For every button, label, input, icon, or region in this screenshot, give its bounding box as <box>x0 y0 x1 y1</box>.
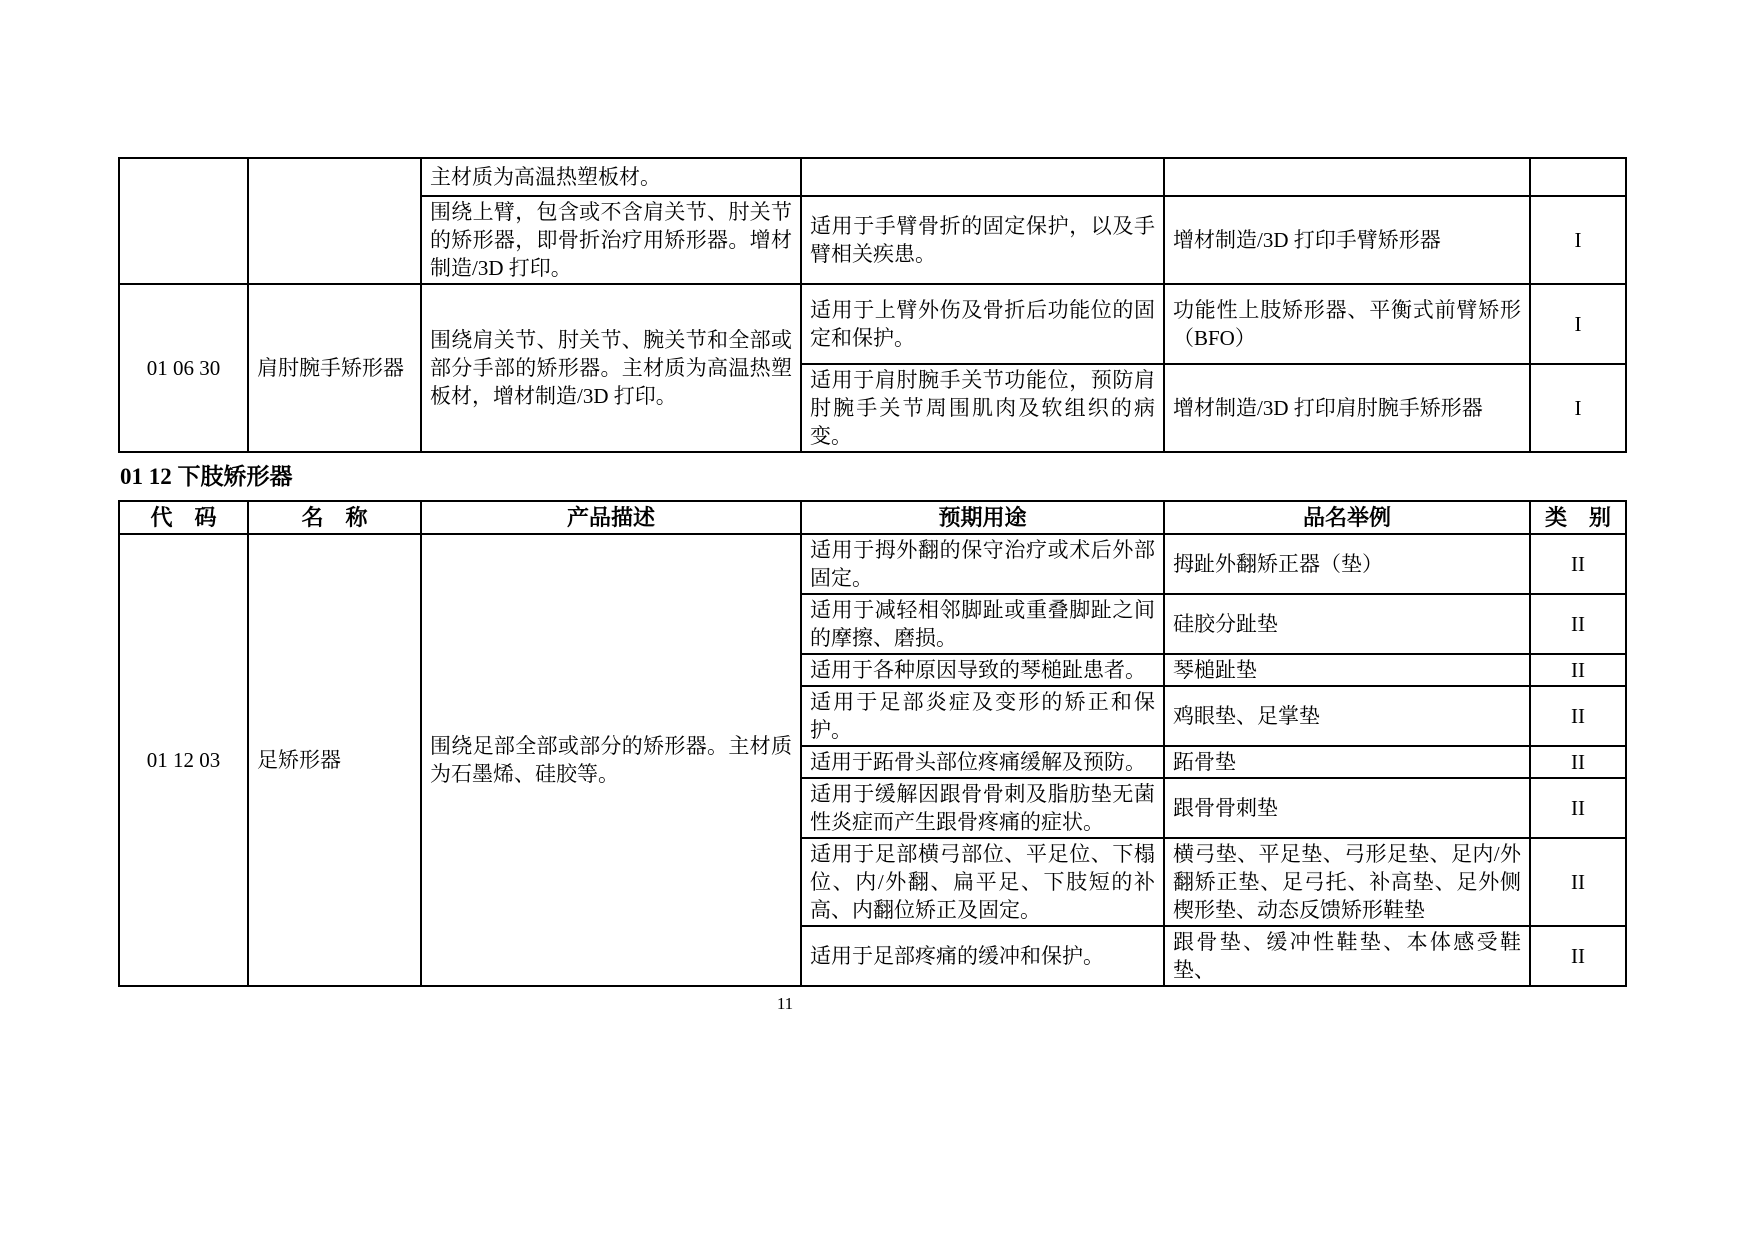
product-description-cell: 主材质为高温热塑板材。 <box>421 158 801 196</box>
class-cell: II <box>1530 654 1626 686</box>
header-examples: 品名举例 <box>1164 501 1530 534</box>
code-cell <box>119 158 248 284</box>
header-code: 代 码 <box>119 501 248 534</box>
name-cell: 肩肘腕手矫形器 <box>248 284 421 452</box>
example-names-cell: 琴槌趾垫 <box>1164 654 1530 686</box>
intended-use-cell: 适用于减轻相邻脚趾或重叠脚趾之间的摩擦、磨损。 <box>801 594 1164 654</box>
table-row: 主材质为高温热塑板材。 <box>119 158 1626 196</box>
intended-use-cell: 适用于上臂外伤及骨折后功能位的固定和保护。 <box>801 284 1164 364</box>
header-intended-use: 预期用途 <box>801 501 1164 534</box>
lower-limb-orthosis-table: 代 码 名 称 产品描述 预期用途 品名举例 类 别 01 12 03 足矫形器… <box>118 500 1627 987</box>
product-description-cell: 围绕肩关节、肘关节、腕关节和全部或部分手部的矫形器。主材质为高温热塑板材，增材制… <box>421 284 801 452</box>
class-cell: II <box>1530 686 1626 746</box>
section-title: 01 12 下肢矫形器 <box>120 462 293 492</box>
table-row: 01 12 03 足矫形器 围绕足部全部或部分的矫形器。主材质为石墨烯、硅胶等。… <box>119 534 1626 594</box>
class-cell: II <box>1530 926 1626 986</box>
intended-use-cell: 适用于缓解因跟骨骨刺及脂肪垫无菌性炎症而产生跟骨疼痛的症状。 <box>801 778 1164 838</box>
code-cell: 01 12 03 <box>119 534 248 986</box>
class-cell: I <box>1530 284 1626 364</box>
table-header-row: 代 码 名 称 产品描述 预期用途 品名举例 类 别 <box>119 501 1626 534</box>
intended-use-cell: 适用于拇外翻的保守治疗或术后外部固定。 <box>801 534 1164 594</box>
upper-orthosis-table: 主材质为高温热塑板材。 围绕上臂，包含或不含肩关节、肘关节的矫形器，即骨折治疗用… <box>118 157 1627 453</box>
name-cell: 足矫形器 <box>248 534 421 986</box>
example-names-cell: 跟骨垫、缓冲性鞋垫、本体感受鞋垫、 <box>1164 926 1530 986</box>
class-cell <box>1530 158 1626 196</box>
example-names-cell: 硅胶分趾垫 <box>1164 594 1530 654</box>
class-cell: II <box>1530 594 1626 654</box>
intended-use-cell <box>801 158 1164 196</box>
intended-use-cell: 适用于各种原因导致的琴槌趾患者。 <box>801 654 1164 686</box>
code-cell: 01 06 30 <box>119 284 248 452</box>
product-description-cell: 围绕上臂，包含或不含肩关节、肘关节的矫形器，即骨折治疗用矫形器。增材制造/3D … <box>421 196 801 284</box>
intended-use-cell: 适用于足部横弓部位、平足位、下榻位、内/外翻、扁平足、下肢短的补高、内翻位矫正及… <box>801 838 1164 926</box>
page-number: 11 <box>700 994 870 1014</box>
example-names-cell: 增材制造/3D 打印肩肘腕手矫形器 <box>1164 364 1530 452</box>
product-description-cell: 围绕足部全部或部分的矫形器。主材质为石墨烯、硅胶等。 <box>421 534 801 986</box>
example-names-cell: 增材制造/3D 打印手臂矫形器 <box>1164 196 1530 284</box>
example-names-cell: 跖骨垫 <box>1164 746 1530 778</box>
example-names-cell <box>1164 158 1530 196</box>
example-names-cell: 功能性上肢矫形器、平衡式前臂矫形（BFO） <box>1164 284 1530 364</box>
intended-use-cell: 适用于肩肘腕手关节功能位，预防肩肘腕手关节周围肌肉及软组织的病变。 <box>801 364 1164 452</box>
example-names-cell: 拇趾外翻矫正器（垫） <box>1164 534 1530 594</box>
example-names-cell: 跟骨骨刺垫 <box>1164 778 1530 838</box>
header-class: 类 别 <box>1530 501 1626 534</box>
class-cell: II <box>1530 534 1626 594</box>
class-cell: II <box>1530 838 1626 926</box>
intended-use-cell: 适用于手臂骨折的固定保护，以及手臂相关疾患。 <box>801 196 1164 284</box>
header-name: 名 称 <box>248 501 421 534</box>
class-cell: I <box>1530 364 1626 452</box>
table-row: 01 06 30 肩肘腕手矫形器 围绕肩关节、肘关节、腕关节和全部或部分手部的矫… <box>119 284 1626 364</box>
class-cell: II <box>1530 746 1626 778</box>
intended-use-cell: 适用于跖骨头部位疼痛缓解及预防。 <box>801 746 1164 778</box>
header-description: 产品描述 <box>421 501 801 534</box>
name-cell <box>248 158 421 284</box>
example-names-cell: 鸡眼垫、足掌垫 <box>1164 686 1530 746</box>
example-names-cell: 横弓垫、平足垫、弓形足垫、足内/外翻矫正垫、足弓托、补高垫、足外侧楔形垫、动态反… <box>1164 838 1530 926</box>
class-cell: I <box>1530 196 1626 284</box>
intended-use-cell: 适用于足部炎症及变形的矫正和保护。 <box>801 686 1164 746</box>
intended-use-cell: 适用于足部疼痛的缓冲和保护。 <box>801 926 1164 986</box>
class-cell: II <box>1530 778 1626 838</box>
